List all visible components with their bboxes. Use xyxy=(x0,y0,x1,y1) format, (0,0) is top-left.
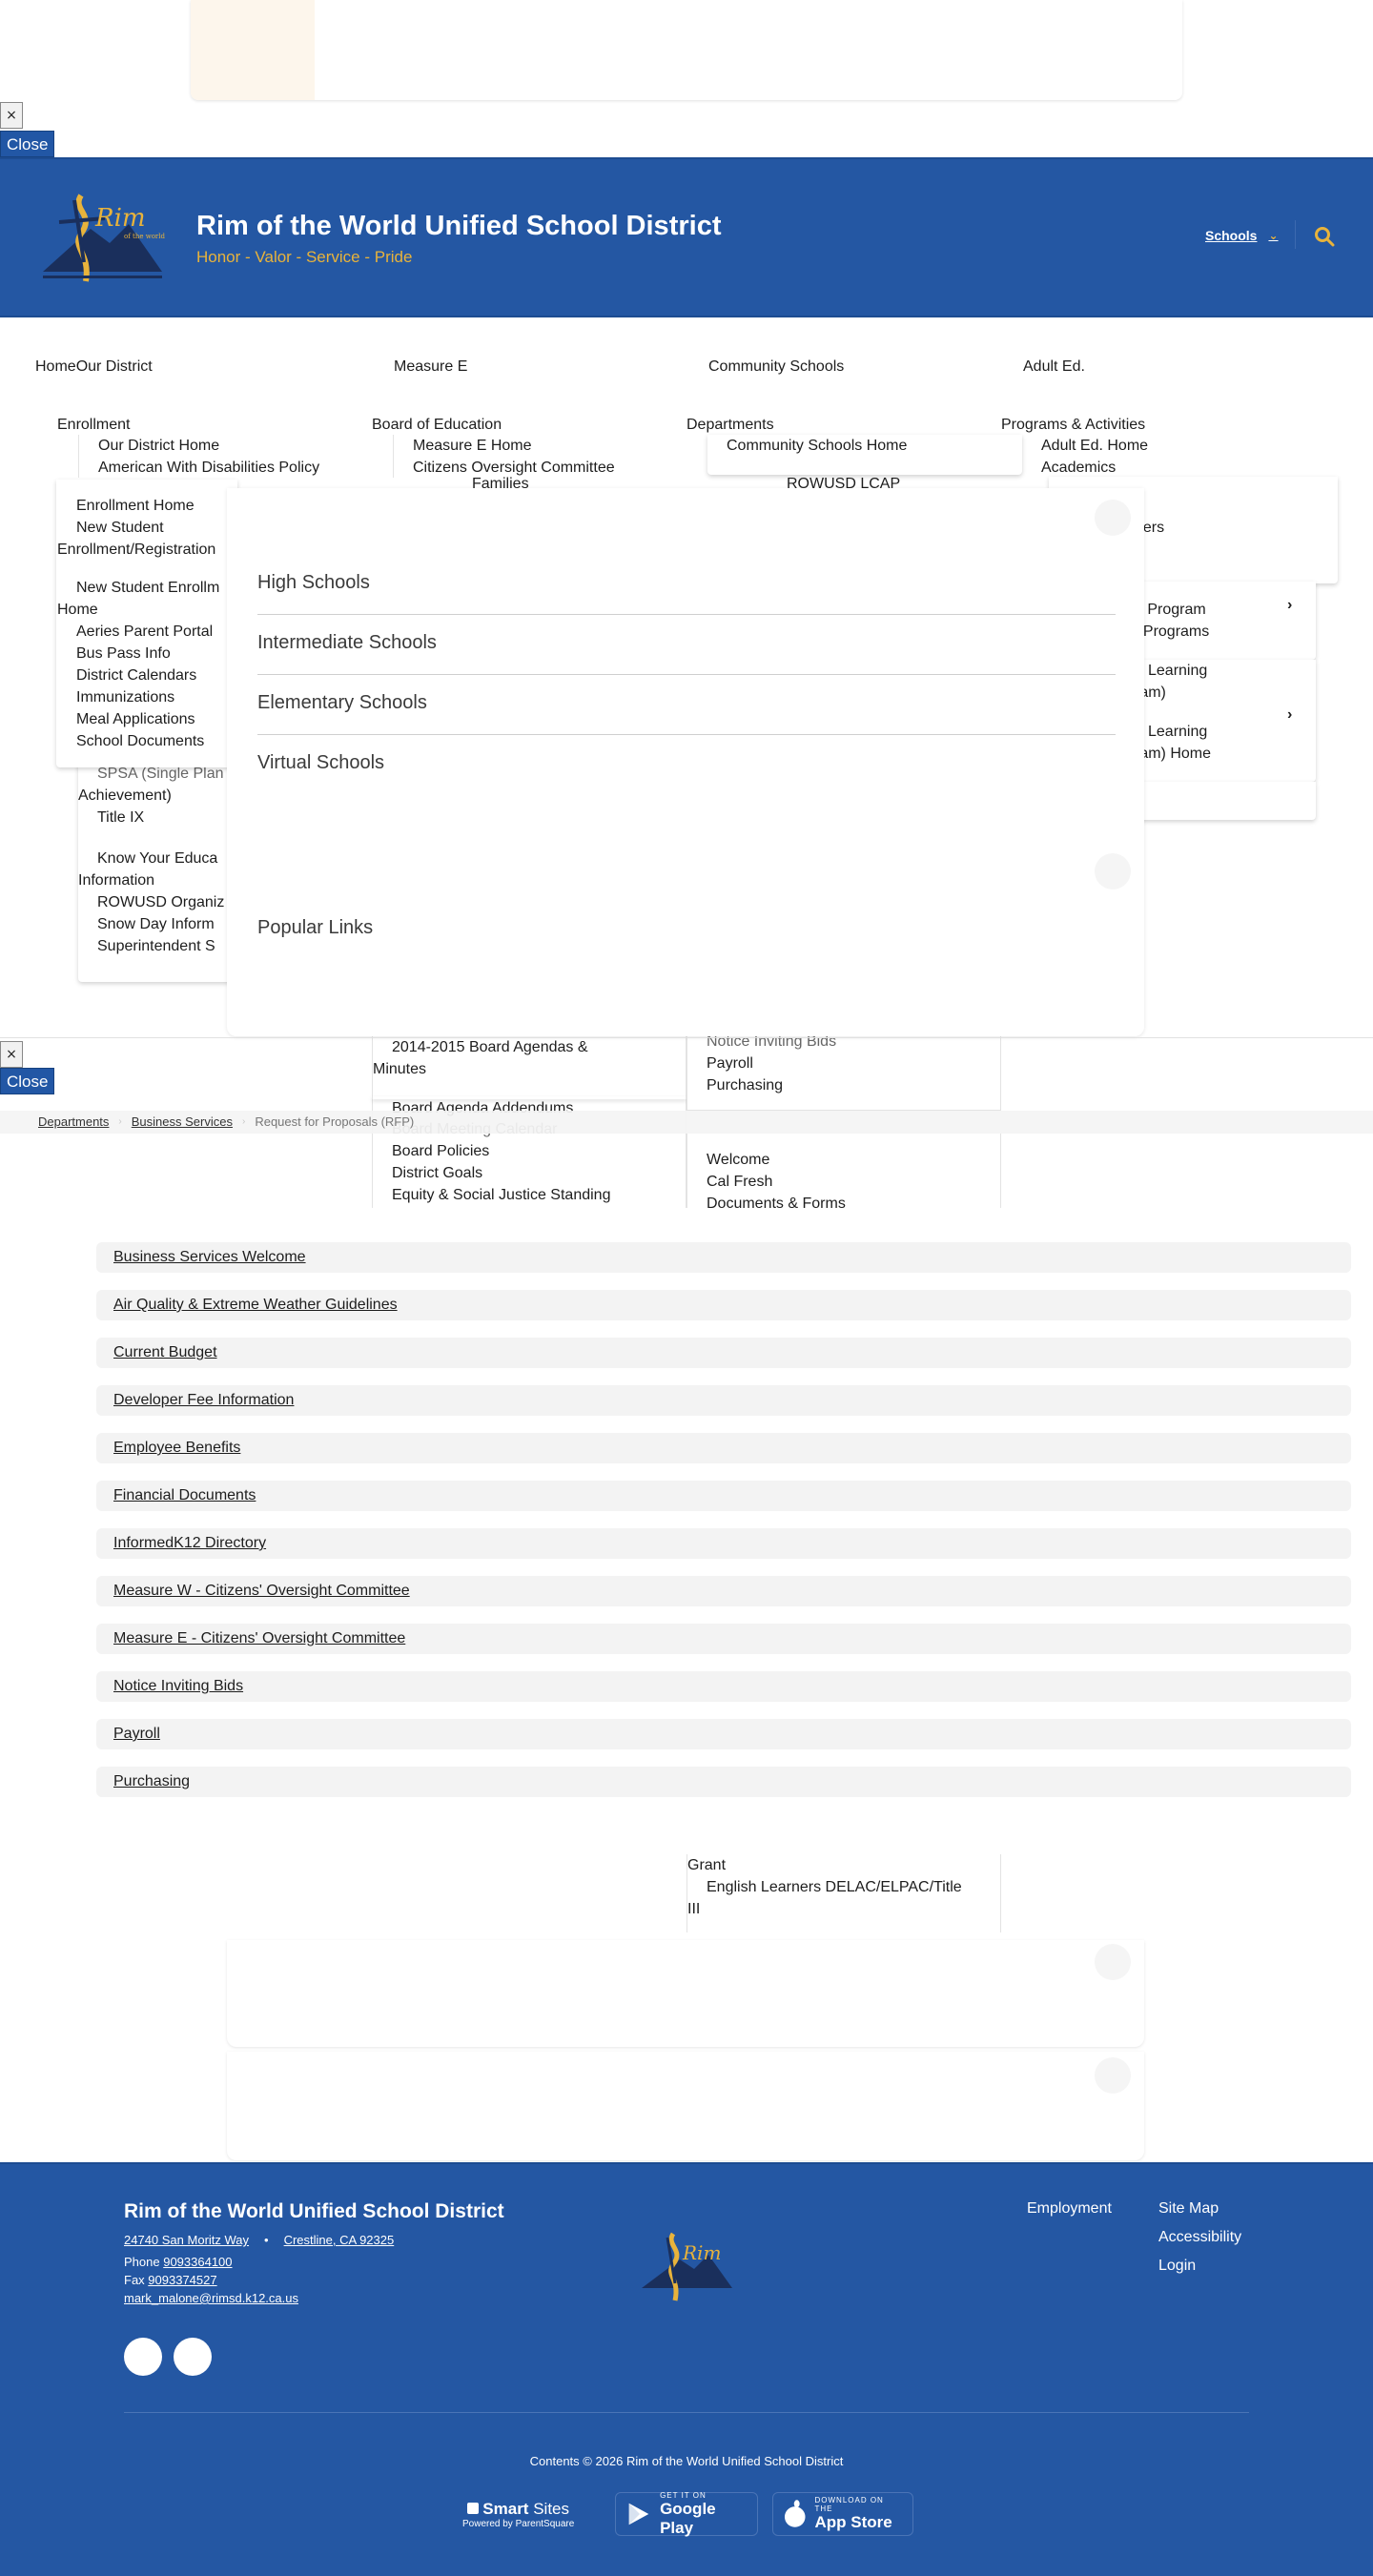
schools-menu-intermediate[interactable]: Intermediate Schools xyxy=(257,615,1116,675)
google-play-icon xyxy=(625,2500,652,2528)
nav-adult-ed[interactable]: Adult Ed. xyxy=(1023,358,1085,376)
footer-link-accessibility[interactable]: Accessibility xyxy=(1158,2229,1241,2246)
nav-our-district[interactable]: Our District xyxy=(76,358,153,375)
submenu-item[interactable]: American With Disabilities Policy xyxy=(79,457,319,479)
link-row: Financial Documents xyxy=(96,1481,1351,1511)
link-item[interactable]: Employee Benefits xyxy=(113,1440,240,1456)
submenu-item[interactable]: Learning xyxy=(1148,721,1207,743)
link-row: InformedK12 Directory xyxy=(96,1528,1351,1559)
submenu-item[interactable]: Community Schools Home xyxy=(707,435,1022,457)
submenu-item[interactable]: District Goals xyxy=(392,1162,482,1184)
footer-address: 24740 San Moritz Way • Crestline, CA 923… xyxy=(124,2233,394,2247)
link-item[interactable]: InformedK12 Directory xyxy=(113,1535,266,1551)
footer-divider xyxy=(124,2412,1249,2413)
link-item[interactable]: Purchasing xyxy=(113,1773,190,1789)
submenu-item[interactable]: Cal Fresh xyxy=(707,1171,772,1193)
ghost-circle xyxy=(1095,1944,1131,1980)
schools-menu-elementary[interactable]: Elementary Schools xyxy=(257,675,1116,735)
smartsites-icon xyxy=(467,2503,479,2514)
nav-board-of-education[interactable]: Board of Education xyxy=(372,417,502,434)
submenu-item[interactable]: Learning xyxy=(1148,660,1207,682)
footer-title: Rim of the World Unified School District xyxy=(124,2200,504,2223)
footer-link-login[interactable]: Login xyxy=(1158,2258,1196,2275)
google-play-badge[interactable]: GET IT ONGoogle Play xyxy=(615,2492,758,2536)
measure-e-submenu: Measure E Home Citizens Oversight Commit… xyxy=(393,435,615,478)
site-header: Rim of the world Rim of the World Unifie… xyxy=(0,157,1373,317)
site-title[interactable]: Rim of the World Unified School District xyxy=(196,211,721,242)
link-item[interactable]: Measure W - Citizens' Oversight Committe… xyxy=(113,1583,410,1599)
nav-enrollment[interactable]: Enrollment xyxy=(57,417,130,434)
smartsites-badge[interactable]: Smart Sites Powered by ParentSquare xyxy=(462,2500,574,2529)
submenu-item[interactable]: Know Your Educa xyxy=(97,848,217,869)
nav-community-schools[interactable]: Community Schools xyxy=(708,358,844,376)
footer-email: mark_malone@rimsd.k12.ca.us xyxy=(124,2291,298,2305)
submenu-item[interactable]: Measure E Home xyxy=(394,435,615,457)
submenu-item[interactable]: Immunizations xyxy=(76,686,174,708)
submenu-item[interactable]: Aeries Parent Portal xyxy=(76,621,213,643)
link-item[interactable]: Measure E - Citizens' Oversight Committe… xyxy=(113,1630,405,1646)
submenu-item[interactable]: English Learners DELAC/ELPAC/Title xyxy=(707,1876,962,1898)
chevron-right-icon[interactable]: › xyxy=(1287,597,1292,614)
submenu-item[interactable]: Equity & Social Justice Standing xyxy=(392,1184,610,1206)
breadcrumb-separator: › xyxy=(242,1116,245,1127)
departments-dropdown: Notice Inviting Bids Payroll Purchasing xyxy=(686,1036,1001,1111)
submenu-item[interactable]: Superintendent S xyxy=(97,935,215,957)
footer-logo: Rim xyxy=(637,2226,742,2302)
breadcrumb: Departments › Business Services › Reques… xyxy=(38,1114,414,1129)
chevron-down-icon: ⌄ xyxy=(1268,229,1278,242)
link-row: Business Services Welcome xyxy=(96,1242,1351,1273)
ghost-card xyxy=(227,1940,1144,2047)
search-icon[interactable] xyxy=(1314,226,1335,247)
submenu-item[interactable]: d Program xyxy=(1135,599,1206,621)
breadcrumb-separator: › xyxy=(118,1116,121,1127)
apple-icon xyxy=(783,2500,807,2528)
overlay-edge xyxy=(0,1037,1373,1038)
social-icon-2[interactable] xyxy=(174,2338,212,2376)
footer-link-employment[interactable]: Employment xyxy=(1027,2200,1112,2218)
fax-link[interactable]: 9093374527 xyxy=(148,2273,216,2287)
dismiss-x-button[interactable]: × xyxy=(0,1041,23,1068)
ghost-card-thumbnail xyxy=(191,0,315,100)
footer-city-link[interactable]: Crestline, CA 92325 xyxy=(284,2233,395,2247)
submenu-item[interactable]: Welcome xyxy=(707,1149,769,1171)
submenu-item[interactable]: Payroll xyxy=(707,1053,753,1074)
link-row: Notice Inviting Bids xyxy=(96,1671,1351,1702)
submenu-item[interactable]: ROWUSD Organiz xyxy=(97,891,224,913)
svg-text:of the world: of the world xyxy=(124,233,166,240)
close-button[interactable]: Close xyxy=(0,1068,54,1094)
breadcrumb-business-services[interactable]: Business Services xyxy=(132,1114,233,1129)
chevron-right-icon[interactable]: › xyxy=(1287,706,1292,724)
community-schools-submenu: Community Schools Home xyxy=(707,435,1022,475)
submenu-item[interactable]: Title IX xyxy=(97,807,144,828)
site-tagline: Honor - Valor - Service - Pride xyxy=(196,248,412,267)
submenu-item[interactable]: 2014-2015 Board Agendas & xyxy=(392,1036,588,1058)
link-item[interactable]: Air Quality & Extreme Weather Guidelines xyxy=(113,1297,398,1313)
nav-measure-e[interactable]: Measure E xyxy=(394,358,467,376)
our-district-submenu: Our District Home American With Disabili… xyxy=(78,435,319,478)
schools-menu-virtual[interactable]: Virtual Schools xyxy=(257,735,1116,795)
nav-programs-activities[interactable]: Programs & Activities xyxy=(1001,417,1145,434)
submenu-item[interactable]: School Documents xyxy=(76,730,204,752)
submenu-item[interactable]: Academics xyxy=(1022,457,1148,479)
close-button[interactable]: Close xyxy=(0,131,54,157)
social-icon-1[interactable] xyxy=(124,2338,162,2376)
submenu-item[interactable]: : Programs xyxy=(1135,621,1209,643)
app-store-badge[interactable]: DOWNLOAD ON THEApp Store xyxy=(772,2492,913,2536)
header-divider xyxy=(1295,220,1296,249)
svg-text:Rim: Rim xyxy=(94,204,146,233)
dismiss-x-button[interactable]: × xyxy=(0,102,23,129)
submenu-item[interactable]: Purchasing xyxy=(707,1074,783,1096)
link-row: Developer Fee Information xyxy=(96,1385,1351,1416)
nav-departments[interactable]: Departments xyxy=(686,417,774,434)
submenu-item[interactable]: Our District Home xyxy=(79,435,319,457)
nav-home[interactable]: HomeOur District xyxy=(35,358,153,376)
link-row: Air Quality & Extreme Weather Guidelines xyxy=(96,1290,1351,1320)
link-row: Current Budget xyxy=(96,1338,1351,1368)
adult-ed-submenu: Adult Ed. Home Academics xyxy=(1022,435,1148,479)
link-row: Purchasing xyxy=(96,1767,1351,1797)
link-item[interactable]: Current Budget xyxy=(113,1344,217,1360)
svg-text:Rim: Rim xyxy=(682,2241,721,2264)
schools-label: Schools xyxy=(1205,228,1257,243)
link-item[interactable]: Payroll xyxy=(113,1726,160,1742)
submenu-item[interactable]: New Student Enrollm xyxy=(76,577,219,599)
submenu-item[interactable]: Adult Ed. Home xyxy=(1022,435,1148,457)
ghost-card xyxy=(227,2052,1144,2160)
submenu-item[interactable]: New Student xyxy=(76,517,164,539)
breadcrumb-current: Request for Proposals (RFP) xyxy=(255,1114,414,1129)
schools-menu-toggle[interactable]: Schools ⌄ xyxy=(1205,228,1279,243)
link-item[interactable]: Financial Documents xyxy=(113,1487,256,1503)
ghost-circle xyxy=(1095,500,1131,536)
link-row: Measure E - Citizens' Oversight Committe… xyxy=(96,1624,1351,1654)
phone-link[interactable]: 9093364100 xyxy=(163,2255,232,2269)
board-divider xyxy=(372,1096,686,1099)
submenu-item[interactable]: Meal Applications xyxy=(76,708,195,730)
schools-menu-high[interactable]: High Schools xyxy=(257,555,1116,615)
link-item[interactable]: Business Services Welcome xyxy=(113,1249,306,1265)
families-dropdown: Welcome Cal Fresh Documents & Forms xyxy=(686,1134,1001,1208)
popular-links-heading: Popular Links xyxy=(257,917,373,939)
footer-phone: Phone 9093364100 xyxy=(124,2255,233,2269)
ghost-card-top xyxy=(191,0,1182,100)
link-row: Employee Benefits xyxy=(96,1433,1351,1463)
submenu-item[interactable]: Enrollment Home xyxy=(76,495,195,517)
programs-more-dropdown: Grant English Learners DELAC/ELPAC/Title… xyxy=(686,1854,1001,1932)
district-logo[interactable]: Rim of the world xyxy=(38,186,167,286)
email-link[interactable]: mark_malone@rimsd.k12.ca.us xyxy=(124,2291,298,2305)
submenu-item[interactable]: District Calendars xyxy=(76,664,196,686)
ghost-circle xyxy=(1095,853,1131,889)
copyright: Contents © 2026 Rim of the World Unified… xyxy=(0,2454,1373,2468)
link-item[interactable]: Developer Fee Information xyxy=(113,1392,294,1408)
submenu-item[interactable]: Board Policies xyxy=(392,1140,489,1162)
schools-mega-menu: High Schools Intermediate Schools Elemen… xyxy=(227,488,1144,1036)
ghost-circle xyxy=(1095,2057,1131,2094)
site-footer: Rim of the World Unified School District… xyxy=(0,2162,1373,2576)
submenu-item[interactable]: Snow Day Inform xyxy=(97,913,215,935)
link-row: Payroll xyxy=(96,1719,1351,1749)
breadcrumb-departments[interactable]: Departments xyxy=(38,1114,109,1129)
footer-fax: Fax 9093374527 xyxy=(124,2273,217,2287)
footer-street-link[interactable]: 24740 San Moritz Way xyxy=(124,2233,249,2247)
enrollment-dropdown: Enrollment Home New Student Enrollment/R… xyxy=(56,480,237,767)
link-row: Measure W - Citizens' Oversight Committe… xyxy=(96,1576,1351,1606)
footer-link-site-map[interactable]: Site Map xyxy=(1158,2200,1219,2218)
our-district-more-panel: SPSA (Single Plan Achievement) Title IX … xyxy=(78,758,240,982)
link-item[interactable]: Notice Inviting Bids xyxy=(113,1678,243,1694)
submenu-item[interactable]: Documents & Forms xyxy=(707,1193,846,1215)
submenu-item[interactable]: Bus Pass Info xyxy=(76,643,171,664)
